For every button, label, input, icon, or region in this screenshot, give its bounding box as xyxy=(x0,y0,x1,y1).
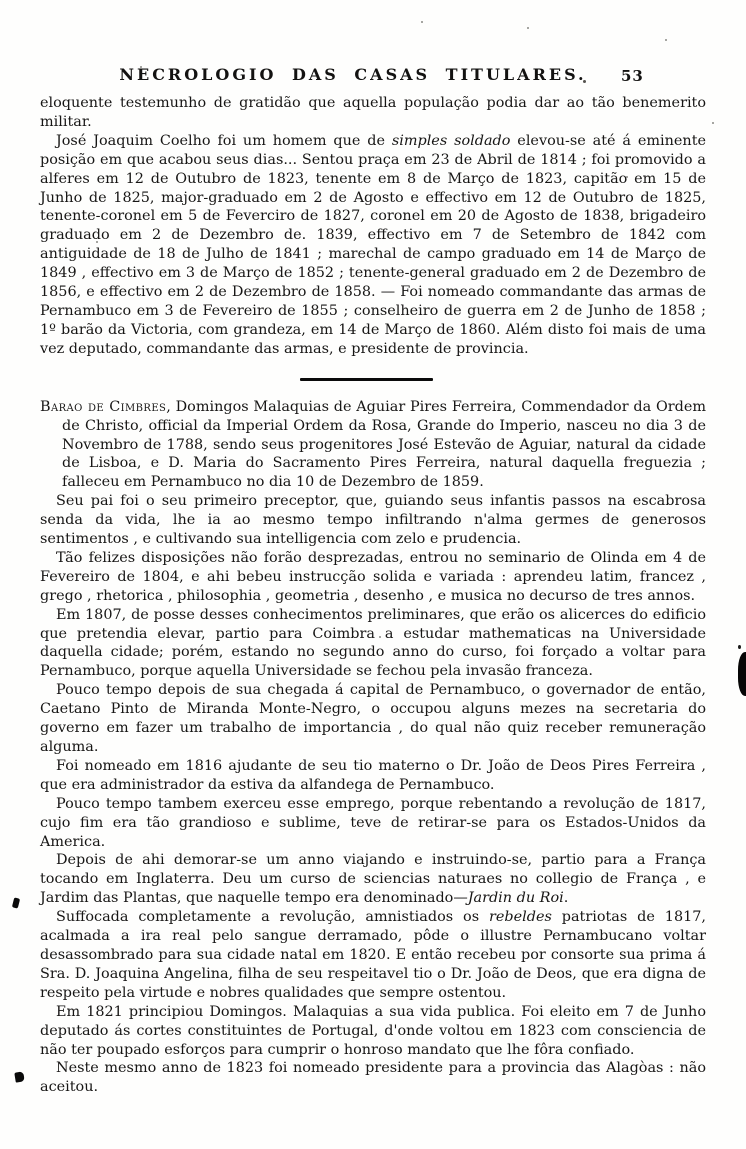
italic-phrase: Jardin du Roi xyxy=(468,890,564,906)
scan-speck xyxy=(583,80,586,83)
paragraph-text: eloquente testemunho de gratidão que aqu… xyxy=(40,95,706,130)
scan-speck xyxy=(140,66,142,68)
paragraph-text: Tão felizes disposições não forão despre… xyxy=(40,550,706,604)
paragraph-text: Neste mesmo anno de 1823 foi nomeado pre… xyxy=(40,1060,706,1095)
scan-speck xyxy=(270,520,272,522)
paragraph-text: Pouco tempo depois de sua chegada á capi… xyxy=(40,682,706,755)
coimbra-paragraph: Em 1807, de posse desses conhecimentos p… xyxy=(40,606,706,682)
seminario-olinda-paragraph: Tão felizes disposições não forão despre… xyxy=(40,549,706,606)
intro-continuation-paragraph: eloquente testemunho de gratidão que aqu… xyxy=(40,94,706,132)
paragraph-text: Foi nomeado em 1816 ajudante de seu tio … xyxy=(40,758,706,793)
paragraph-text: Em 1807, de posse desses conhecimentos p… xyxy=(40,607,706,680)
ink-speck-left-margin xyxy=(14,1071,24,1082)
vida-publica-1821-paragraph: Em 1821 principiou Domingos. Malaquias a… xyxy=(40,1003,706,1060)
barao-de-cimbres-entry-paragraph: Barao de Cimbres, Domingos Malaquias de … xyxy=(40,398,706,493)
page-text-block: eloquente testemunho de gratidão que aqu… xyxy=(40,94,706,1097)
italic-phrase: rebeldes xyxy=(489,909,552,925)
paragraph-text: José Joaquim Coelho foi um homem que de xyxy=(56,133,392,149)
alagoas-1823-paragraph: Neste mesmo anno de 1823 foi nomeado pre… xyxy=(40,1059,706,1097)
running-head-title: NECROLOGIO DAS CASAS TITULARES. xyxy=(73,65,633,84)
scan-speck xyxy=(421,21,423,23)
scan-speck xyxy=(379,636,381,638)
paragraph-text: Em 1821 principiou Domingos. Malaquias a… xyxy=(40,1004,706,1058)
ajudante-1816-paragraph: Foi nomeado em 1816 ajudante de seu tio … xyxy=(40,757,706,795)
entry-title-smallcaps: Barao de Cimbres xyxy=(40,399,166,415)
suffocada-revolucao-paragraph: Suffocada completamente a revolução, amn… xyxy=(40,908,706,1003)
seu-pai-paragraph: Seu pai foi o seu primeiro preceptor, qu… xyxy=(40,492,706,549)
paragraph-text: elevou-se até á eminente posição em que … xyxy=(40,133,706,357)
scan-speck xyxy=(712,122,714,124)
section-divider-rule xyxy=(300,378,433,381)
ink-dot-right-edge xyxy=(738,645,741,649)
scan-speck xyxy=(527,27,529,29)
scan-speck xyxy=(626,176,628,178)
book-page: NECROLOGIO DAS CASAS TITULARES. 53 eloqu… xyxy=(0,0,746,1149)
revolucao-1817-paragraph: Pouco tempo tambem exerceu esse emprego,… xyxy=(40,795,706,852)
page-number: 53 xyxy=(621,67,644,85)
scan-speck xyxy=(665,39,667,41)
franca-inglaterra-paragraph: Depois de ahi demorar-se um anno viajand… xyxy=(40,851,706,908)
paragraph-text: Seu pai foi o seu primeiro preceptor, qu… xyxy=(40,493,706,547)
paragraph-text: . xyxy=(564,890,569,906)
paragraph-text: Suffocada completamente a revolução, amn… xyxy=(56,909,489,925)
ink-blot-right-edge xyxy=(738,652,746,696)
paragraph-text: Depois de ahi demorar-se um anno viajand… xyxy=(40,852,706,906)
paragraph-text: Pouco tempo tambem exerceu esse emprego,… xyxy=(40,796,706,850)
scan-speck xyxy=(96,241,98,243)
jose-joaquim-coelho-paragraph: José Joaquim Coelho foi um homem que de … xyxy=(40,132,706,359)
caetano-pinto-paragraph: Pouco tempo depois de sua chegada á capi… xyxy=(40,681,706,757)
italic-phrase: simples soldado xyxy=(392,133,511,149)
ink-speck-left-margin xyxy=(12,897,20,908)
